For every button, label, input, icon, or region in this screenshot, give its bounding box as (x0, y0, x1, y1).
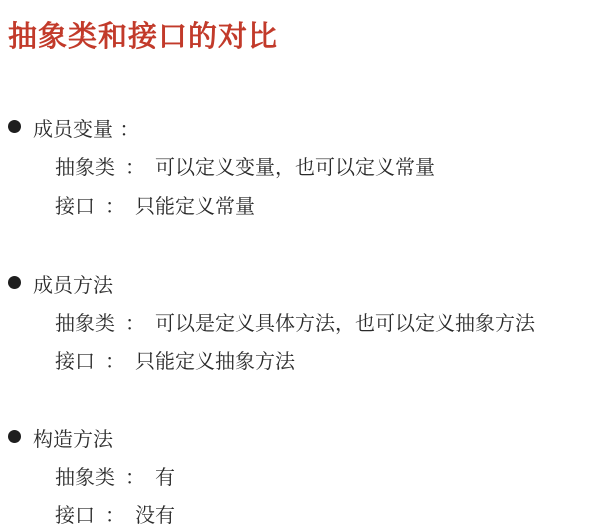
item-value: 没有 (135, 503, 175, 527)
bullet-icon (8, 430, 21, 443)
item-label: 接口 (55, 345, 95, 374)
item-label: 抽象类 (55, 151, 115, 180)
item-label: 接口 (55, 499, 95, 528)
item-label: 抽象类 (55, 307, 115, 336)
item-value: 只能定义常量 (135, 194, 255, 218)
section-heading: 成员变量 ： (33, 113, 139, 142)
bullet-icon (8, 276, 21, 289)
section-heading: 构造方法 (33, 423, 113, 452)
item-value: 可以定义变量，也可以定义常量 (155, 155, 435, 179)
list-item: 接口：只能定义抽象方法 (55, 345, 295, 374)
bullet-icon (8, 120, 21, 133)
page-title: 抽象类和接口的对比 (8, 14, 278, 55)
list-item: 抽象类：可以定义变量，也可以定义常量 (55, 151, 435, 180)
item-value: 有 (155, 465, 175, 489)
item-value: 只能定义抽象方法 (135, 349, 295, 373)
list-item: 抽象类：有 (55, 461, 175, 490)
item-label: 接口 (55, 190, 95, 219)
list-item: 抽象类：可以是定义具体方法，也可以定义抽象方法 (55, 307, 535, 336)
item-value: 可以是定义具体方法，也可以定义抽象方法 (155, 311, 535, 335)
item-label: 抽象类 (55, 461, 115, 490)
list-item: 接口：只能定义常量 (55, 190, 255, 219)
list-item: 接口：没有 (55, 499, 175, 528)
section-heading: 成员方法 (33, 269, 113, 298)
